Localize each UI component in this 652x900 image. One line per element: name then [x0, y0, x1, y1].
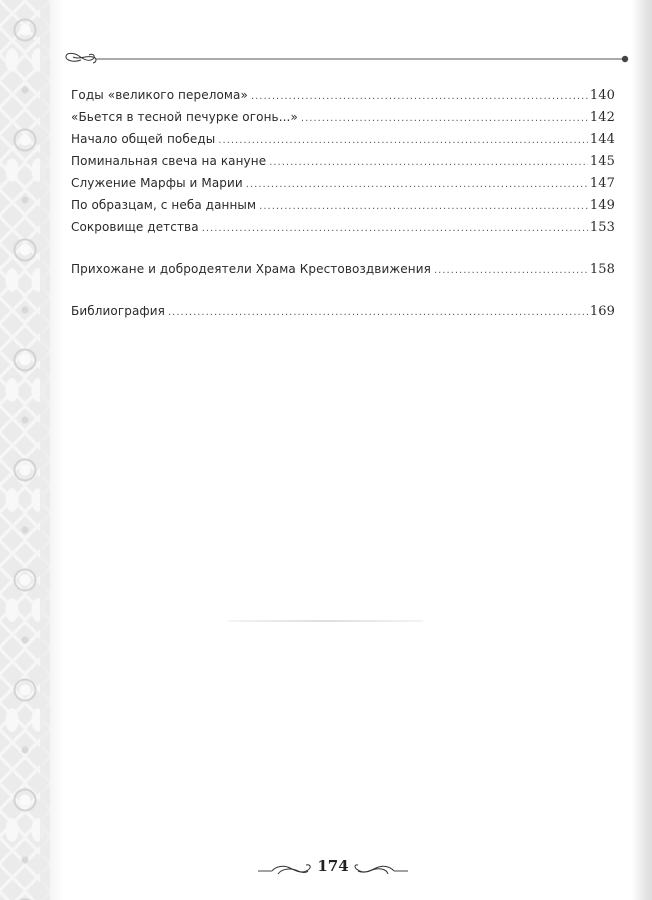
toc-entry-page: 169	[588, 301, 615, 323]
flourish-rule-icon	[63, 51, 631, 65]
toc-entry-title: Сокровище детства	[71, 216, 202, 238]
toc-entry[interactable]: «Бьется в тесной печурке огонь...» 142	[71, 106, 615, 128]
toc-entry[interactable]: Поминальная свеча на кануне 145	[71, 150, 615, 172]
toc-entry-page: 144	[588, 129, 615, 151]
toc-entry-title: «Бьется в тесной печурке огонь...»	[71, 106, 301, 128]
toc-leader-dots	[202, 218, 588, 240]
toc-entry-title: Прихожане и добродеятели Храма Крестовоз…	[71, 258, 434, 280]
toc-leader-dots	[251, 86, 588, 108]
toc-entry-page: 158	[588, 259, 615, 281]
page-footer: 174	[258, 856, 408, 880]
lace-border-fade	[40, 0, 64, 900]
toc-leader-dots	[246, 174, 588, 196]
page-number: 174	[258, 857, 408, 875]
toc-entry[interactable]: Начало общей победы 144	[71, 128, 615, 150]
toc-entry[interactable]: Прихожане и добродеятели Храма Крестовоз…	[71, 258, 615, 280]
toc-entry-title: Годы «великого перелома»	[71, 84, 251, 106]
toc-entry-page: 142	[588, 107, 615, 129]
toc-leader-dots	[301, 108, 588, 130]
toc-entry-title: Начало общей победы	[71, 128, 218, 150]
toc-entry-page: 153	[588, 217, 615, 239]
toc-leader-dots	[434, 260, 588, 282]
toc-entry-page: 149	[588, 195, 615, 217]
toc-entry-title: По образцам, с неба данным	[71, 194, 259, 216]
toc-entry[interactable]: По образцам, с неба данным 149	[71, 194, 615, 216]
toc-entry-title: Библиография	[71, 300, 168, 322]
toc-entry[interactable]: Сокровище детства 153	[71, 216, 615, 238]
toc-leader-dots	[259, 196, 588, 218]
scan-artifact-line	[228, 620, 423, 622]
toc-entry-page: 140	[588, 85, 615, 107]
toc-entry-page: 145	[588, 151, 615, 173]
toc-entry-page: 147	[588, 173, 615, 195]
toc-entry[interactable]: Годы «великого перелома» 140	[71, 84, 615, 106]
toc-leader-dots	[218, 130, 588, 152]
toc-entry-title: Служение Марфы и Марии	[71, 172, 246, 194]
toc-leader-dots	[168, 302, 588, 324]
page-gutter-shadow	[632, 0, 652, 900]
toc-leader-dots	[269, 152, 588, 174]
table-of-contents: Годы «великого перелома» 140 «Бьется в т…	[71, 84, 615, 322]
toc-entry-title: Поминальная свеча на кануне	[71, 150, 269, 172]
toc-entry[interactable]: Библиография 169	[71, 300, 615, 322]
toc-entry[interactable]: Служение Марфы и Марии 147	[71, 172, 615, 194]
header-rule	[63, 50, 631, 64]
